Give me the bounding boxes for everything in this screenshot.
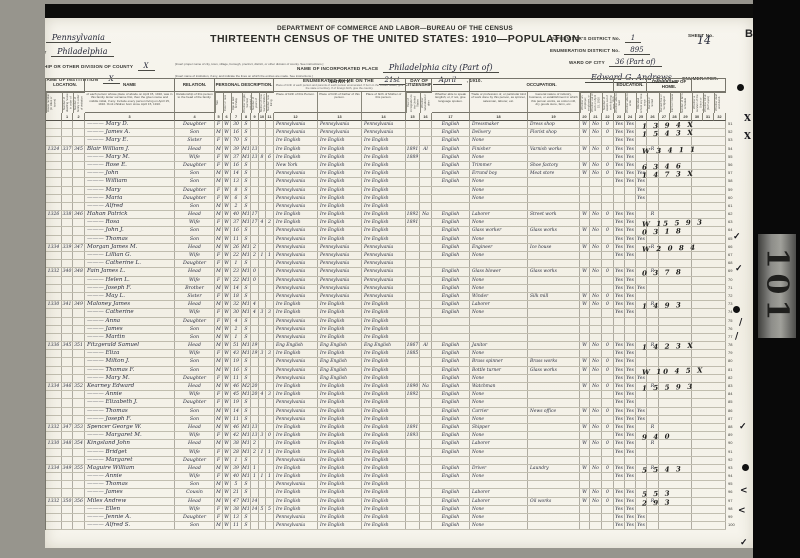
census-cell: M [215,129,223,136]
census-row: 1330341349Maloney JamesHeadMW32M14Ire En… [46,301,726,309]
census-cell [62,154,73,161]
census-cell: Ire English [362,391,406,398]
census-cell [602,350,614,357]
census-cell [432,481,470,488]
census-cell: English [432,465,470,472]
census-cell [62,489,73,496]
census-cell: Yes [625,416,636,423]
census-row: ——— ThomasSonMW14SPennsylvaniaIre Englis… [46,408,726,416]
census-cell: 13 [251,432,259,439]
census-cell: M [215,178,223,185]
census-cell: W [580,227,590,234]
census-cell-blank [659,457,692,464]
census-cell [580,391,590,398]
census-cell: 17 [251,219,259,226]
census-cell [636,211,647,218]
census-cell-blank [692,309,726,316]
census-cell: Ire English [362,219,406,226]
census-cell: Ire English [274,424,318,431]
census-cell [636,162,647,169]
census-cell [420,522,432,529]
census-cell [73,318,85,325]
census-cell: Yes [625,449,636,456]
census-cell: 2 [231,326,242,333]
census-cell [602,449,614,456]
census-cell [46,408,62,415]
census-cell: Ire English [362,514,406,521]
ward-value: 36 (Part of) [609,58,661,67]
census-cell: Fitzgerald Samuel [85,342,175,349]
census-cell: Yes [625,473,636,480]
census-cell: Daughter [175,318,215,325]
census-cell [259,489,266,496]
census-cell: Glass blower [470,268,528,275]
census-cell: 0 [602,162,614,169]
census-cell: 1 [259,473,266,480]
census-cell: S [242,170,251,177]
census-cell [266,408,274,415]
census-cell: Pennsylvania [362,260,406,267]
line-number: 54 [728,145,742,153]
census-cell: F [215,219,223,226]
census-cell: Ire English [318,473,362,480]
census-cell: Laborer [470,498,528,505]
census-cell: S [242,285,251,292]
census-cell [62,318,73,325]
census-cell: Ire English [318,416,362,423]
census-cell [580,318,590,325]
census-cell: W [580,146,590,153]
census-cell: Son [175,334,215,341]
census-cell [647,391,659,398]
line-number: 82 [728,374,742,382]
census-cell-blank [692,465,726,472]
census-cell: Ire English [362,326,406,333]
census-cell [46,449,62,456]
census-cell: Son [175,170,215,177]
census-cell: Wife [175,449,215,456]
census-cell [46,277,62,284]
census-cell: Ire English [274,211,318,218]
census-cell [470,203,528,210]
census-cell [528,154,580,161]
column-subhead: Color or race [223,92,231,113]
census-cell: English [432,293,470,300]
census-cell [259,178,266,185]
census-cell: Pennsylvania [274,285,318,292]
census-cell: Yes [625,170,636,177]
census-cell [259,293,266,300]
line-number: 79 [728,349,742,357]
census-cell: English [432,121,470,128]
census-cell: 0 [602,383,614,390]
census-cell [647,154,659,161]
census-cell: M1 [242,154,251,161]
census-cell: ——— Mary E. [85,137,175,144]
census-cell [251,203,259,210]
census-cell: S [242,227,251,234]
census-cell [647,399,659,406]
census-cell [73,416,85,423]
census-cell [62,514,73,521]
census-cell: English [432,170,470,177]
census-cell: Yes [614,154,625,161]
census-cell: Brass spinner [470,358,528,365]
census-cell: M2 [242,383,251,390]
census-cell: Ire English [362,318,406,325]
census-cell [432,326,470,333]
census-cell: 3 [259,309,266,316]
census-cell: Yes [625,358,636,365]
census-cell-blank [692,498,726,505]
column-group-header [692,79,726,92]
census-cell: 1332 [46,268,62,275]
census-cell-blank [692,154,726,161]
census-cell: Ire English [318,424,362,431]
census-cell [636,481,647,488]
census-cell: M1 [242,146,251,153]
sheet-no-value: 14 [697,34,711,47]
census-cell [406,293,420,300]
census-cell: Ire English [362,489,406,496]
census-cell [266,522,274,529]
census-cell-blank [659,211,692,218]
census-cell: S [242,178,251,185]
census-cell: W [223,514,231,521]
census-cell: Daughter [175,399,215,406]
census-cell: 356 [73,498,85,505]
census-cell: Laundry [528,465,580,472]
census-cell-blank [692,137,726,144]
census-cell: Pennsylvania [274,358,318,365]
census-row: ——— AnnaDaughterFW4SPennsylvaniaIre Engl… [46,318,726,326]
census-cell [420,195,432,202]
census-cell-blank [659,432,692,439]
census-cell: Pennsylvania [318,252,362,259]
census-cell-blank [659,178,692,185]
census-cell: ——— Mary M. [85,154,175,161]
census-cell: M [215,236,223,243]
census-cell: Ire English [362,424,406,431]
census-row: 1334339347Morgan James M.HeadMW26M12Penn… [46,244,726,252]
census-cell: Yes [614,367,625,374]
census-cell: 13 [231,514,242,521]
census-cell [73,178,85,185]
census-cell: Pennsylvania [274,293,318,300]
census-cell: Yes [614,375,625,382]
census-cell [266,260,274,267]
census-row: ——— Catherine L.DaughterFW1SPennsylvania… [46,260,726,268]
census-cell [266,498,274,505]
census-cell: English [432,146,470,153]
census-cell [46,358,62,365]
census-cell: W [223,350,231,357]
line-number: 51 [728,120,742,128]
census-cell [420,489,432,496]
census-cell [406,301,420,308]
census-cell [62,358,73,365]
census-cell [259,375,266,382]
census-cell [62,506,73,513]
census-cell [406,522,420,529]
census-cell-blank [692,522,726,529]
census-cell [590,277,602,284]
census-cell: None [470,391,528,398]
census-cell: M1 [242,506,251,513]
census-cell: Watchman [470,383,528,390]
census-cell [602,506,614,513]
census-cell [432,260,470,267]
census-row: 1332350356Miles AndrewHeadMW47M114Ire En… [46,498,726,506]
census-cell: 350 [62,498,73,505]
census-cell: S [242,293,251,300]
census-cell: Ire English [362,367,406,374]
column-subhead: Place of birth of Mother of this person. [362,92,406,113]
census-cell [266,170,274,177]
census-cell: Ire English [362,146,406,153]
column-subhead: Owned or rented [647,92,659,113]
census-cell: 3 [266,391,274,398]
census-cell: ——— Joseph F. [85,285,175,292]
census-cell: Son [175,367,215,374]
census-cell: 0 [602,489,614,496]
census-cell: M1 [242,498,251,505]
margin-mark: ✓ [735,264,743,274]
census-cell: W [580,170,590,177]
census-cell: Laborer [470,489,528,496]
census-cell: Wife [175,473,215,480]
census-cell: Yes [614,244,625,251]
census-cell: Daughter [175,162,215,169]
census-cell [420,473,432,480]
census-cell: Yes [614,432,625,439]
census-cell [251,285,259,292]
census-cell: M [215,498,223,505]
census-scan-image: 101 DEPARTMENT OF COMMERCE AND LABOR—BUR… [0,0,800,558]
census-cell [251,375,259,382]
census-cell: Yes [614,416,625,423]
census-cell: 28 [231,449,242,456]
census-cell: M [215,301,223,308]
census-cell [46,154,62,161]
census-cell: Pennsylvania [318,121,362,128]
census-row: ——— EllenWifeFW38M11455Ire EnglishIre En… [46,506,726,514]
census-cell: 4 [259,219,266,226]
census-cell: 47 [231,498,242,505]
census-cell: Sister [175,137,215,144]
census-cell: Eng English [318,367,362,374]
census-cell: Daughter [175,514,215,521]
census-cell [420,432,432,439]
census-cell: 1324 [46,146,62,153]
census-cell [266,293,274,300]
census-cell: Finisher [470,146,528,153]
census-cell: None [470,473,528,480]
census-cell [580,309,590,316]
census-cell [62,137,73,144]
census-cell: 11 [231,236,242,243]
census-cell: Yes [636,285,647,292]
census-cell: Daughter [175,187,215,194]
census-cell [406,195,420,202]
census-cell: ——— Ellen [85,506,175,513]
census-cell: S [242,416,251,423]
census-cell: Yes [636,178,647,185]
census-cell: R [647,383,659,390]
census-cell [602,514,614,521]
column-subhead: Place of birth of Father of this person. [318,92,362,113]
census-cell: 16 [231,227,242,234]
census-cell: 354 [73,440,85,447]
census-cell: Ire English [318,391,362,398]
census-cell [406,227,420,234]
census-cell [590,350,602,357]
line-number: 53 [728,136,742,144]
census-cell: 0 [602,293,614,300]
census-cell [46,473,62,480]
census-cell [259,342,266,349]
census-cell: ——— Anna [85,318,175,325]
census-cell: M [215,146,223,153]
census-cell [614,326,625,333]
census-cell [62,252,73,259]
census-cell [580,277,590,284]
census-cell-blank [659,465,692,472]
census-cell: F [215,449,223,456]
census-cell: 355 [73,465,85,472]
census-cell [406,489,420,496]
census-cell: Maguire William [85,465,175,472]
census-cell: W [223,277,231,284]
census-cell [406,440,420,447]
census-cell: 1885 [406,350,420,357]
census-cell: M [215,424,223,431]
census-cell: No [590,498,602,505]
census-cell: Ire English [362,350,406,357]
column-subhead: Whether out of work on April 15, 1910 [590,92,602,113]
census-cell: Ire English [362,301,406,308]
census-cell [62,195,73,202]
line-number: 62 [728,210,742,218]
census-row: ——— Joseph F.SonMW11SPennsylvaniaIre Eng… [46,416,726,424]
census-cell: S [242,334,251,341]
census-cell: English [432,236,470,243]
census-cell [73,170,85,177]
census-cell: Yes [625,277,636,284]
census-cell: Ire English [318,227,362,234]
census-cell: M [215,481,223,488]
census-cell [528,383,580,390]
census-cell: None [470,187,528,194]
census-cell-blank [692,326,726,333]
census-cell: Pennsylvania [274,203,318,210]
census-cell: W [223,187,231,194]
census-cell [647,318,659,325]
census-cell: Yes [625,285,636,292]
census-cell: F [215,506,223,513]
column-subhead: Whether able to speak English; or, if no… [432,92,470,113]
census-cell: Yes [636,195,647,202]
census-cell: 3 [266,309,274,316]
census-cell: Wife [175,432,215,439]
column-group-header: RELATION. [175,79,215,92]
census-cell [406,309,420,316]
column-subhead: Trade or profession of, or particular ki… [470,92,528,113]
census-cell-blank [692,285,726,292]
census-cell: Head [175,498,215,505]
column-number: 15 [406,113,420,121]
census-cell: Yes [625,506,636,513]
census-cell [406,326,420,333]
census-cell: 1 [266,473,274,480]
census-cell [590,334,602,341]
census-cell [528,326,580,333]
census-cell [406,187,420,194]
census-cell [62,178,73,185]
census-cell: W [223,301,231,308]
census-cell [62,457,73,464]
census-row: 1334349355Maguire WilliamHeadMW39M11Ire … [46,465,726,473]
column-group-header: NAME [85,79,175,92]
census-cell: Ire English [362,236,406,243]
census-cell: W [580,440,590,447]
census-cell: W [223,399,231,406]
census-cell [647,195,659,202]
census-cell: Daughter [175,121,215,128]
census-cell [62,260,73,267]
census-row: ——— Elizabeth J.DaughterFW19SPennsylvani… [46,399,726,407]
census-cell [647,309,659,316]
census-cell [266,375,274,382]
census-cell: 1891 [406,219,420,226]
census-cell [528,416,580,423]
census-cell [590,506,602,513]
census-cell: Florist shop [528,129,580,136]
census-cell [259,326,266,333]
census-cell [73,358,85,365]
census-cell [420,481,432,488]
census-cell: 338 [62,211,73,218]
census-cell: Ire English [362,457,406,464]
census-cell [266,342,274,349]
census-cell: M1 [242,309,251,316]
census-cell [590,326,602,333]
census-row: ——— JamesCousinMW21SIre EnglishIre Engli… [46,489,726,497]
census-cell [259,334,266,341]
census-cell [46,170,62,177]
column-group-header: CITIZENSHIP. [406,79,432,92]
census-cell: Pennsylvania [274,178,318,185]
census-cell: M1 [242,219,251,226]
census-cell [406,416,420,423]
census-cell: M [215,358,223,365]
census-cell-blank [659,309,692,316]
census-cell: Ire English [362,375,406,382]
census-cell [251,293,259,300]
census-cell: ——— Thomas [85,481,175,488]
census-cell [580,449,590,456]
census-cell: English [432,391,470,398]
census-cell: S [242,236,251,243]
census-cell [590,522,602,529]
census-cell: ——— Annie [85,391,175,398]
census-row: ——— AnnieWifeFW45M12043Ire EnglishIre En… [46,391,726,399]
census-cell [62,170,73,177]
census-cell: S [242,187,251,194]
census-cell [73,473,85,480]
census-cell [647,514,659,521]
census-cell: W [223,309,231,316]
